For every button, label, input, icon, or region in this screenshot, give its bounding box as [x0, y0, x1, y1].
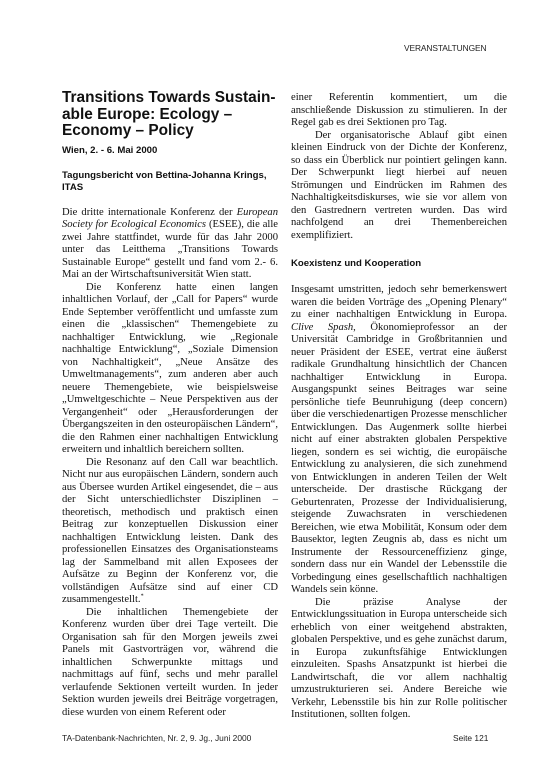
paragraph: Die Konferenz hatte einen langen inhaltl… — [62, 282, 278, 457]
paragraph: Die präzise Analyse der Entwicklungssitu… — [291, 597, 507, 722]
footer-publication: TA-Datenbank-Nachrichten, Nr. 2, 9. Jg.,… — [62, 733, 251, 743]
article-byline: Tagungsbericht von Bettina-Johanna Kring… — [62, 170, 278, 194]
text-run: , Ökonomieprofessor an der Universität C… — [291, 322, 507, 596]
speaker-name: Clive Spash — [291, 322, 353, 333]
paragraph: einer Referentin kommentiert, um die ans… — [291, 92, 507, 130]
page-number: Seite 121 — [453, 733, 488, 743]
paragraph: Die inhaltlichen Themengebiete der Konfe… — [62, 607, 278, 720]
text-run: Die Resonanz auf den Call war beachtlich… — [62, 457, 278, 606]
text-run: Insgesamt umstritten, jedoch sehr bemerk… — [291, 284, 507, 320]
paragraph: Insgesamt umstritten, jedoch sehr bemerk… — [291, 284, 507, 597]
event-date-location: Wien, 2. - 6. Mai 2000 — [62, 145, 278, 157]
paragraph: Die Resonanz auf den Call war beachtlich… — [62, 457, 278, 607]
section-heading: Koexistenz und Kooperation — [291, 258, 507, 270]
left-column: Transitions Towards Sustain­able Europe:… — [62, 90, 278, 719]
article-title: Transitions Towards Sustain­able Europe:… — [62, 90, 278, 140]
paragraph: Die dritte internationale Konferenz der … — [62, 207, 278, 282]
right-column: einer Referentin kommentiert, um die ans… — [291, 92, 507, 722]
footnote-mark[interactable]: * — [141, 593, 144, 599]
paragraph: Der organisatorische Ablauf gibt einen k… — [291, 130, 507, 243]
text-run: Die dritte internationale Konferenz der — [62, 207, 237, 218]
section-label: VERANSTALTUNGEN — [404, 43, 486, 53]
